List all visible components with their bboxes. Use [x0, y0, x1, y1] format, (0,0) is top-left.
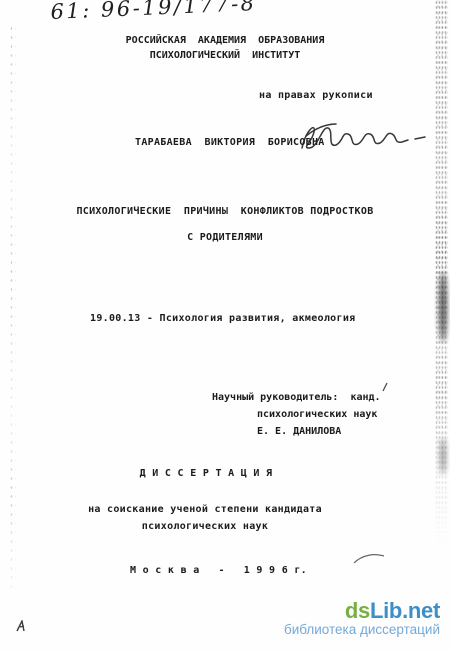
supervisor-line-1: Научный руководитель: канд. — [212, 389, 381, 406]
supervisor-name: Е. Е. ДАНИЛОВА — [257, 423, 381, 440]
manuscript-note: на правах рукописи — [259, 90, 373, 101]
scan-blotch — [440, 438, 446, 474]
supervisor-block: Научный руководитель: канд. психологичес… — [212, 389, 381, 440]
organization-line-2: ПСИХОЛОГИЧЕСКИЙ ИНСТИТУТ — [0, 48, 450, 63]
specialty-code: 19.00.13 - Психология развития, акмеолог… — [90, 313, 355, 324]
scanned-title-page: 61: 96-19/177-8 РОССИЙСКАЯ АКАДЕМИЯ ОБРА… — [0, 0, 450, 652]
author-signature-icon — [296, 114, 426, 162]
organization-header: РОССИЙСКАЯ АКАДЕМИЯ ОБРАЗОВАНИЯ ПСИХОЛОГ… — [0, 33, 450, 63]
dslib-logo-blue: Lib.net — [370, 598, 440, 623]
city-year: М о с к в а - 1 9 9 6 г. — [130, 565, 307, 576]
dslib-subtitle: библиотека диссертаций — [284, 623, 440, 637]
stray-pen-mark — [352, 550, 386, 566]
degree-line-1: на соискание ученой степени кандидата — [0, 504, 410, 515]
scan-blotch — [439, 272, 447, 342]
stray-ink-dot — [381, 382, 389, 392]
supervisor-line-2: психологических наук — [257, 406, 381, 423]
organization-line-1: РОССИЙСКАЯ АКАДЕМИЯ ОБРАЗОВАНИЯ — [0, 33, 450, 48]
dslib-watermark[interactable]: dsLib.net библиотека диссертаций — [284, 599, 440, 637]
degree-line-2: психологических наук — [0, 521, 410, 532]
document-type: Д И С С Е Р Т А Ц И Я — [0, 468, 412, 479]
dissertation-title-line-2: С РОДИТЕЛЯМИ — [0, 232, 450, 243]
dslib-logo-green: ds — [345, 598, 370, 623]
scan-corner-mark — [16, 620, 28, 632]
handwritten-catalog-number: 61: 96-19/177-8 — [50, 0, 257, 24]
dissertation-title-line-1: ПСИХОЛОГИЧЕСКИЕ ПРИЧИНЫ КОНФЛИКТОВ ПОДРО… — [0, 206, 450, 217]
dslib-logo[interactable]: dsLib.net — [284, 599, 440, 622]
